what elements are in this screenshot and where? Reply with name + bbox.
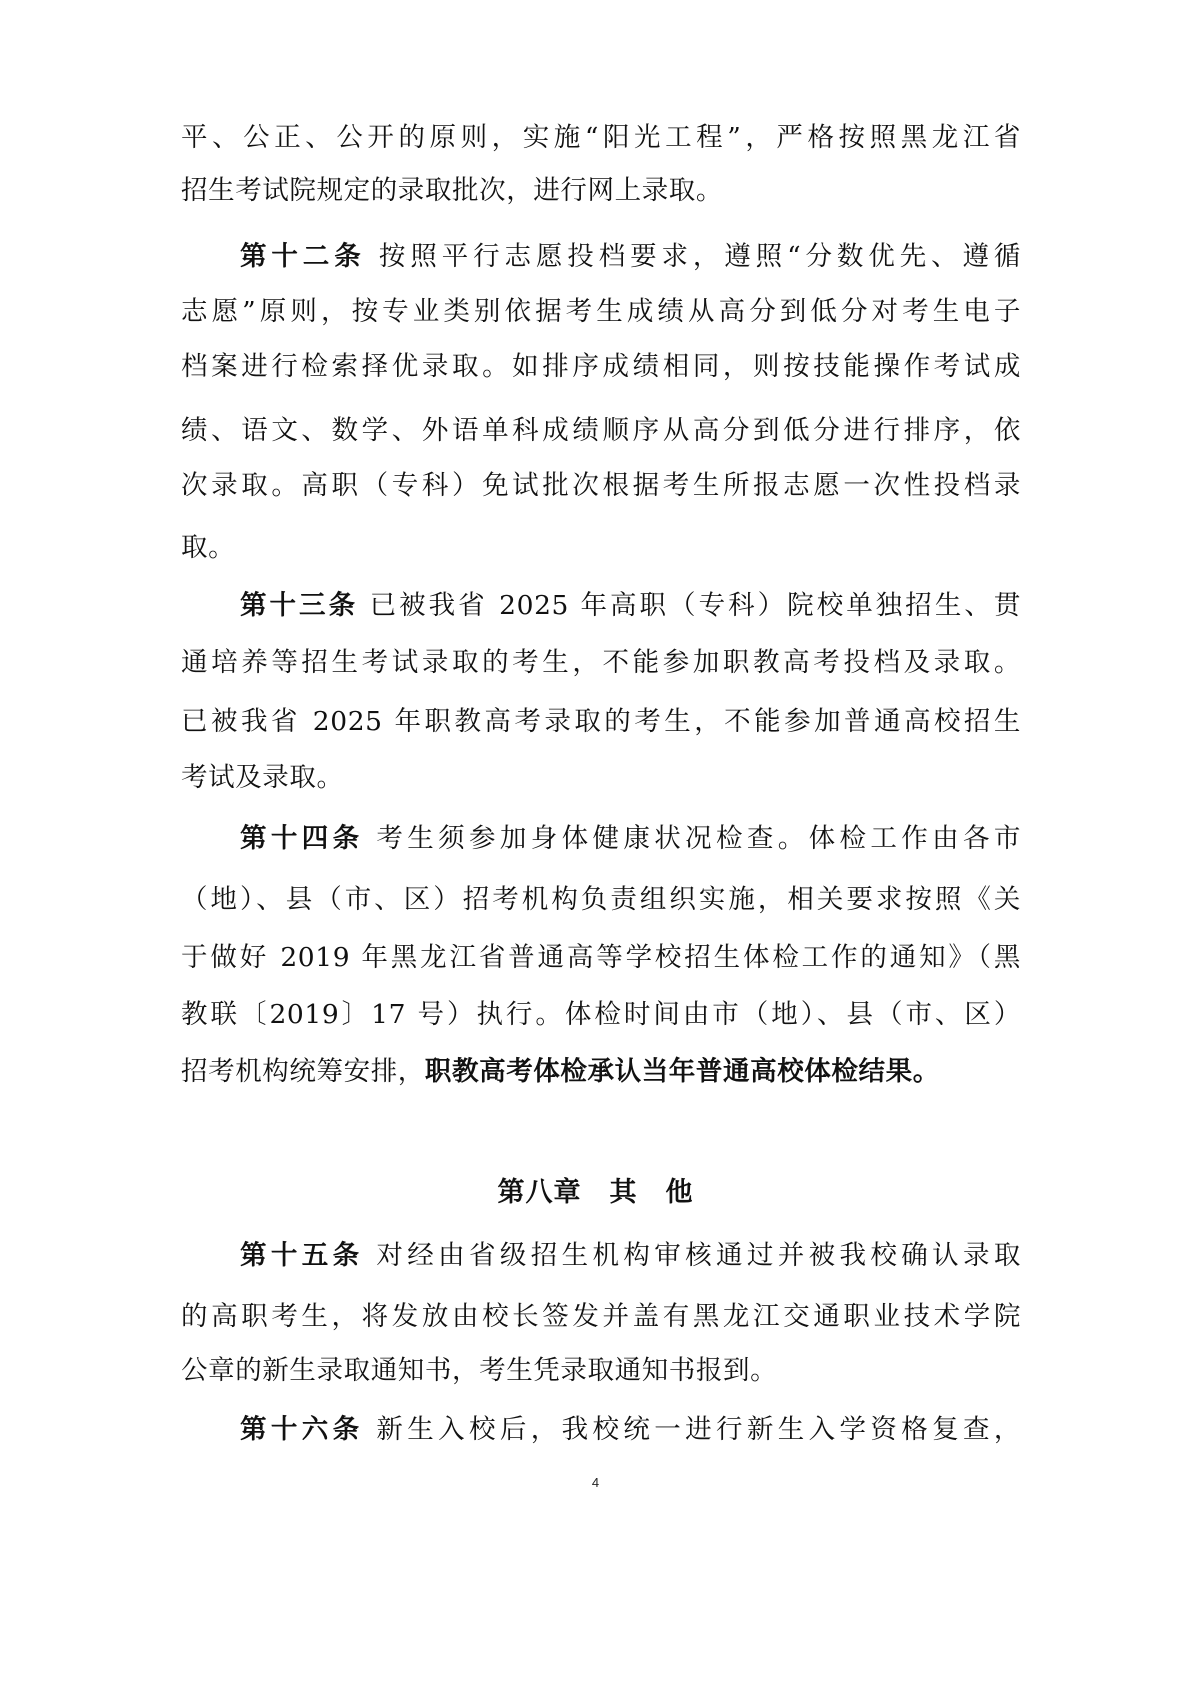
page-number: 4 bbox=[0, 1475, 1191, 1490]
article-15-heading: 第十五条 bbox=[240, 1240, 364, 1271]
article-16-heading: 第十六条 bbox=[240, 1414, 364, 1445]
article-14-heading: 第十四条 bbox=[240, 823, 364, 854]
article-15-text: 对经由省级招生机构审核通过并被我校确认录取 bbox=[376, 1240, 1021, 1271]
article-16-text: 新生入校后，我校统一进行新生入学资格复查， bbox=[376, 1414, 1021, 1445]
article-13-heading: 第十三条 bbox=[240, 590, 358, 621]
article-14-text: 考生须参加身体健康状况检查。体检工作由各市 bbox=[376, 823, 1021, 854]
article-12-text: 按照平行志愿投档要求，遵照“分数优先、遵循 bbox=[379, 241, 1021, 272]
document-page: 平、公正、公开的原则，实施“阳光工程”，严格按照黑龙江省 招生考试院规定的录取批… bbox=[0, 0, 1191, 1684]
paragraph-line: 志愿”原则，按专业类别依据考生成绩从高分到低分对考生电子 bbox=[181, 292, 1021, 332]
article-13-text: 已被我省 2025 年高职（专科）院校单独招生、贯 bbox=[370, 590, 1021, 621]
paragraph-line: 档案进行检索择优录取。如排序成绩相同，则按技能操作考试成 bbox=[181, 347, 1021, 387]
paragraph-line: （地）、县（市、区）招考机构负责组织实施，相关要求按照《关 bbox=[181, 880, 1021, 920]
article-12-heading: 第十二条 bbox=[240, 241, 366, 272]
paragraph-line: 已被我省 2025 年职教高考录取的考生，不能参加普通高校招生 bbox=[181, 702, 1021, 742]
paragraph-line: 次录取。高职（专科）免试批次根据考生所报志愿一次性投档录 bbox=[181, 466, 1021, 506]
article-14-first-line: 第十四条 考生须参加身体健康状况检查。体检工作由各市 bbox=[240, 819, 1021, 859]
article-16-first-line: 第十六条 新生入校后，我校统一进行新生入学资格复查， bbox=[240, 1410, 1021, 1450]
article-12-first-line: 第十二条 按照平行志愿投档要求，遵照“分数优先、遵循 bbox=[240, 237, 1021, 277]
article-14-last-text: 招考机构统筹安排， bbox=[181, 1056, 425, 1087]
paragraph-line: 考试及录取。 bbox=[181, 758, 1021, 798]
paragraph-line: 教联〔2019〕17 号）执行。体检时间由市（地）、县（市、区） bbox=[181, 995, 1021, 1035]
paragraph-line: 通培养等招生考试录取的考生，不能参加职教高考投档及录取。 bbox=[181, 643, 1021, 683]
paragraph-line: 取。 bbox=[181, 528, 1021, 568]
paragraph-line: 平、公正、公开的原则，实施“阳光工程”，严格按照黑龙江省 bbox=[181, 118, 1021, 158]
chapter-heading: 第八章 其 他 bbox=[0, 1173, 1191, 1213]
article-14-emphasis: 职教高考体检承认当年普通高校体检结果。 bbox=[425, 1056, 940, 1087]
paragraph-line: 于做好 2019 年黑龙江省普通高等学校招生体检工作的通知》（黑 bbox=[181, 938, 1021, 978]
article-15-first-line: 第十五条 对经由省级招生机构审核通过并被我校确认录取 bbox=[240, 1236, 1021, 1276]
paragraph-line: 招生考试院规定的录取批次，进行网上录取。 bbox=[181, 171, 1021, 211]
paragraph-line: 的高职考生，将发放由校长签发并盖有黑龙江交通职业技术学院 bbox=[181, 1297, 1021, 1337]
paragraph-line: 公章的新生录取通知书，考生凭录取通知书报到。 bbox=[181, 1351, 1021, 1391]
paragraph-line: 绩、语文、数学、外语单科成绩顺序从高分到低分进行排序，依 bbox=[181, 411, 1021, 451]
article-13-first-line: 第十三条 已被我省 2025 年高职（专科）院校单独招生、贯 bbox=[240, 586, 1021, 626]
article-14-last-line: 招考机构统筹安排，职教高考体检承认当年普通高校体检结果。 bbox=[181, 1052, 1021, 1092]
